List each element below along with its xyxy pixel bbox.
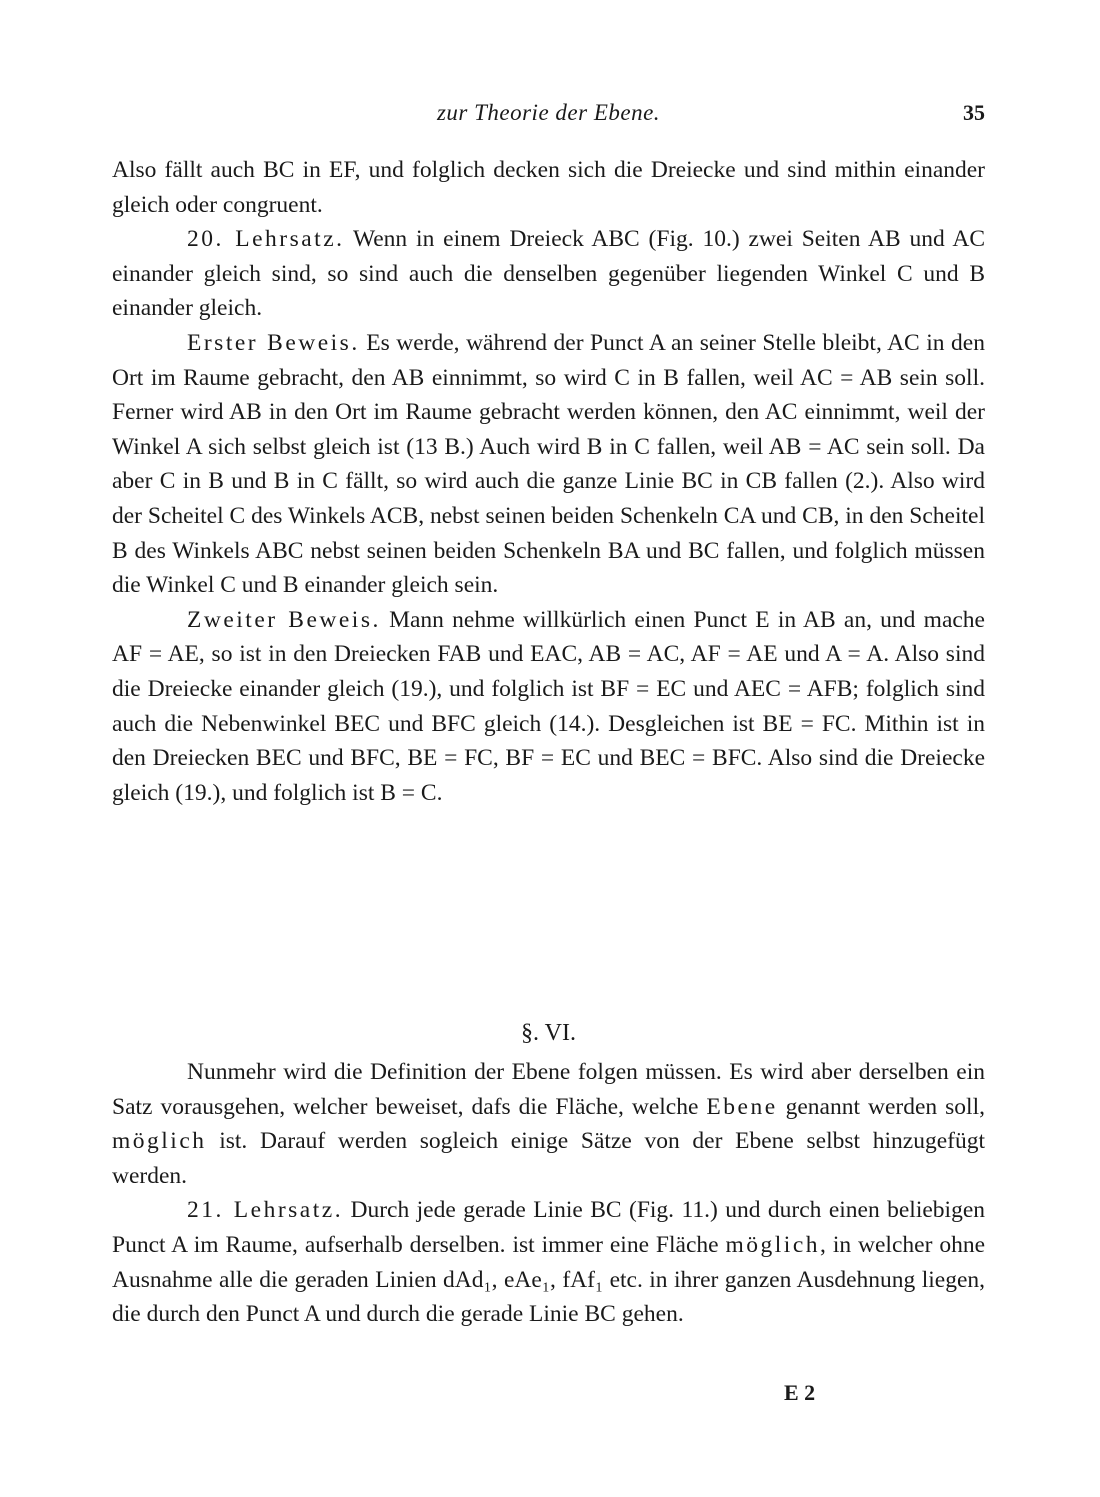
section-intro-text-b: genannt werden soll, [778, 1094, 985, 1120]
second-proof-text: Mann nehme willkürlich einen Punct E in … [112, 607, 985, 806]
page-number: 35 [963, 100, 985, 126]
main-text-block: Also fällt auch BC in EF, und folglich d… [112, 153, 985, 810]
emphasis-ebene: Ebene [706, 1094, 777, 1120]
first-proof-label: Erster Beweis. [187, 330, 360, 356]
theorem-21-label: 21. Lehrsatz. [187, 1197, 343, 1223]
paragraph-continuation: Also fällt auch BC in EF, und folglich d… [112, 153, 985, 222]
emphasis-moeglich-2: möglich [726, 1232, 821, 1258]
running-title: zur Theorie der Ebene. [112, 100, 985, 126]
section-heading: §. VI. [112, 1020, 985, 1047]
first-proof-text: Es werde, während der Punct A an seiner … [112, 330, 985, 598]
section-intro-text-c: ist. Darauf werden sogleich einige Sätze… [112, 1128, 985, 1189]
first-proof: Erster Beweis. Es werde, während der Pun… [112, 326, 985, 603]
section-text-block: Nunmehr wird die Definition der Ebene fo… [112, 1055, 985, 1332]
theorem-20: 20. Lehrsatz. Wenn in einem Dreieck ABC … [112, 222, 985, 326]
signature-mark: E 2 [784, 1380, 815, 1406]
theorem-20-label: 20. Lehrsatz. [187, 226, 345, 252]
section-intro: Nunmehr wird die Definition der Ebene fo… [112, 1055, 985, 1193]
second-proof-label: Zweiter Beweis. [187, 607, 381, 633]
theorem-21: 21. Lehrsatz. Durch jede gerade Linie BC… [112, 1193, 985, 1331]
second-proof: Zweiter Beweis. Mann nehme willkürlich e… [112, 603, 985, 811]
emphasis-moeglich: möglich [112, 1128, 207, 1154]
running-head: zur Theorie der Ebene. 35 [112, 100, 985, 130]
